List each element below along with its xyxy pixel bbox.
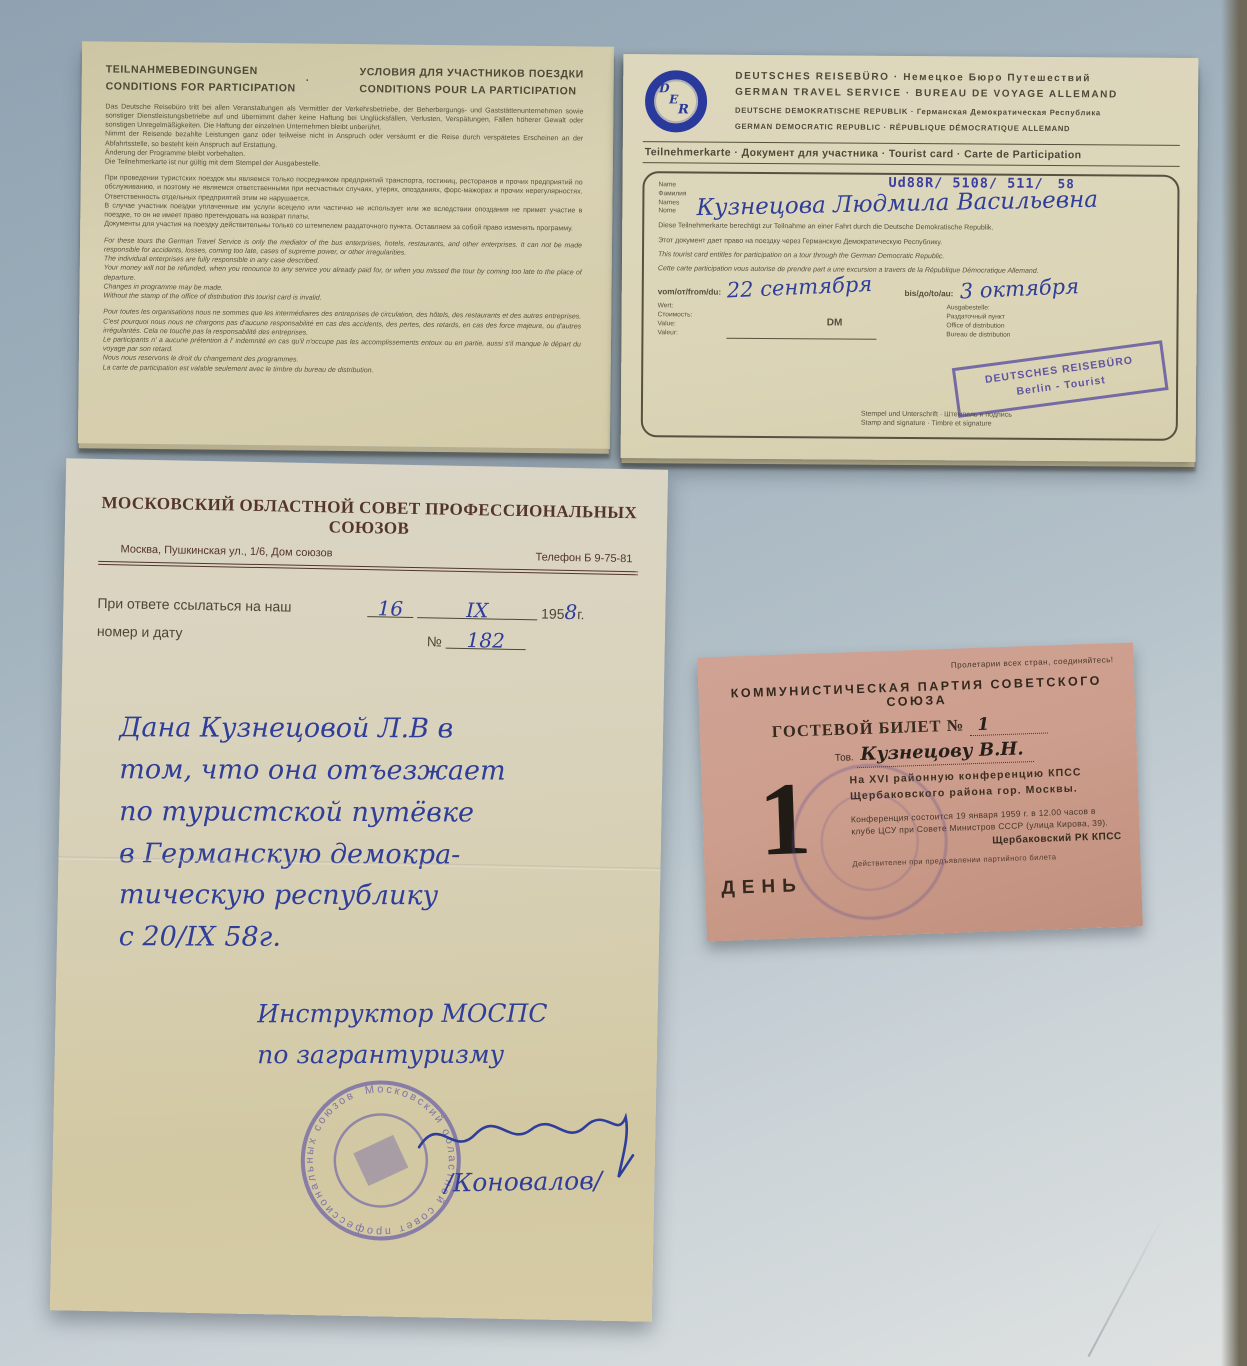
date-to-handwritten: 3 октября — [959, 277, 1079, 301]
letter-address-row: Москва, Пушкинская ул., 1/6, Дом союзов … — [98, 543, 638, 575]
ticket-holder-label: Тов. — [835, 752, 854, 764]
guest-ticket: Пролетарии всех стран, соединяйтесь! КОМ… — [697, 642, 1143, 941]
value-office-row: Wert: Стоимость: Value: Valeur: DM Ausga… — [657, 302, 1162, 341]
ticket-party-name: КОММУНИСТИЧЕСКАЯ ПАРТИЯ СОВЕТСКОГО СОЮЗА — [714, 673, 1119, 715]
conditions-title-en: CONDITIONS FOR PARTICIPATION — [106, 78, 296, 97]
ref-year-printed: 195 — [541, 605, 565, 621]
letter-address: Москва, Пушкинская ул., 1/6, Дом союзов — [120, 543, 332, 559]
conditions-titles: TEILNAHMEBEDINGUNGEN CONDITIONS FOR PART… — [106, 61, 584, 100]
conditions-paragraph-german: Das Deutsche Reisebüro tritt bei allen V… — [105, 102, 584, 172]
table-edge-shadow — [1221, 0, 1247, 1366]
logo-letter-d: D — [659, 81, 670, 95]
photo-of-documents: TEILNAHMEBEDINGUNGEN CONDITIONS FOR PART… — [0, 0, 1247, 1366]
letter-phone: Телефон Б 9-75-81 — [535, 551, 632, 565]
der-travel-service-logo-icon: D E R — [645, 70, 707, 132]
office-field-labels: Ausgabestelle: Раздаточный пункт Office … — [946, 304, 1010, 340]
round-stamp-inner-ring — [819, 791, 920, 892]
role-line: Инструктор МОСПС — [257, 993, 629, 1035]
ticket-title-text: ГОСТЕВОЙ БИЛЕТ № — [771, 715, 964, 741]
value-field-labels: Wert: Стоимость: Value: Valeur: — [657, 302, 692, 338]
conditions-paragraph-english: For these tours the German Travel Servic… — [103, 236, 582, 306]
tourist-card-form: Ud88R/ 5108/ 511/58 Name Фамилия Names N… — [641, 171, 1180, 441]
certificate-letter: МОСКОВСКИЙ ОБЛАСТНОЙ СОВЕТ ПРОФЕССИОНАЛЬ… — [50, 458, 668, 1321]
ref-number-label: № — [427, 633, 442, 649]
date-from-label: vom/от/from/du: — [658, 287, 721, 296]
reference-note: При ответе ссылаться на наш номер и дату — [97, 595, 292, 655]
body-line: в Германскую демокра- — [119, 833, 633, 877]
signature-name-handwritten: /Коновалов/ — [444, 1166, 602, 1197]
background-crease — [1088, 1215, 1165, 1357]
body-line: по туристской путёвке — [119, 791, 633, 835]
reference-note-line-2: номер и дату — [97, 623, 291, 643]
name-field-labels: Name Фамилия Names Nome — [658, 181, 686, 217]
reference-date-line: 16 IX 1958г. — [367, 600, 637, 623]
ref-day-handwritten: 16 — [367, 600, 413, 618]
body-line: тическую республику — [119, 875, 633, 919]
conditions-title-de: TEILNAHMEBEDINGUNGEN — [106, 61, 296, 80]
signer-role-handwritten: Инструктор МОСПС по загрантуризму — [89, 993, 629, 1076]
reference-number-line: № 182 — [367, 630, 637, 653]
body-line: том, что она отъезжает — [119, 749, 633, 793]
perforated-edge — [610, 47, 614, 449]
ticket-holder-handwritten: Кузнецову В.Н. — [856, 738, 1034, 768]
letter-handwritten-body: Дана Кузнецовой Л.В в том, что она отъез… — [93, 707, 634, 960]
header-line-2: GERMAN TRAVEL SERVICE · BUREAU DE VOYAGE… — [735, 84, 1180, 103]
logo-letter-e: E — [669, 92, 678, 106]
value-write-in-line: DM — [726, 317, 876, 340]
reference-values: 16 IX 1958г. № 182 — [366, 600, 637, 661]
conditions-paragraph-french: Pour toutes les organisations nous ne so… — [103, 308, 582, 378]
body-line: с 20/IX 58г. — [119, 916, 633, 960]
titles-left-column: TEILNAHMEBEDINGUNGEN CONDITIONS FOR PART… — [106, 61, 296, 97]
conditions-title-ru: УСЛОВИЯ ДЛЯ УЧАСТНИКОВ ПОЕЗДКИ — [360, 64, 584, 83]
tourist-card-page: D E R DEUTSCHES REISEBÜRO · Немецкое Бюр… — [621, 54, 1199, 462]
date-from-handwritten: 22 сентября — [727, 275, 873, 300]
travel-dates-row: vom/от/from/du: 22 сентября bis/до/to/au… — [658, 278, 1163, 300]
stamp-signature-labels: Stempel und Unterschrift · Штемпель и по… — [861, 410, 1012, 430]
ref-month-handwritten: IX — [417, 601, 537, 620]
ref-number-handwritten: 182 — [446, 632, 526, 651]
issuing-office-stamp: DEUTSCHES REISEBÜRO Berlin - Tourist — [952, 341, 1169, 418]
name-handwritten-value: Кузнецова Людмила Васильевна — [696, 186, 1098, 220]
separator-dot: · — [306, 74, 310, 86]
header-line-3: DEUTSCHE DEMOKRATISCHE REPUBLIK · Герман… — [735, 105, 1180, 119]
date-to-label: bis/до/to/au: — [905, 289, 954, 298]
conditions-page: TEILNAHMEBEDINGUNGEN CONDITIONS FOR PART… — [78, 41, 614, 449]
conditions-paragraph-russian: При проведении туристских поездок мы явл… — [104, 174, 583, 234]
ref-year-handwritten: 8 — [564, 600, 577, 624]
entitlement-german: Diese Teilnehmerkarte berechtigt zur Tei… — [658, 222, 1163, 235]
reference-note-line-1: При ответе ссылаться на наш — [97, 595, 291, 615]
tourist-card-band: Teilnehmerkarte · Документ для участника… — [643, 141, 1180, 167]
header-line-4: GERMAN DEMOCRATIC REPUBLIC · RÉPUBLIQUE … — [735, 121, 1180, 135]
ticket-number-handwritten: 1 — [969, 713, 1048, 737]
entitlement-french: Cette carte participation vous autorise … — [658, 264, 1163, 277]
travel-service-header: DEUTSCHES REISEBÜRO · Немецкое Бюро Путе… — [735, 69, 1180, 136]
entitlement-english: This tourist card entitles for participa… — [658, 250, 1163, 263]
letter-organization-title: МОСКОВСКИЙ ОБЛАСТНОЙ СОВЕТ ПРОФЕССИОНАЛЬ… — [99, 493, 640, 543]
reference-row: При ответе ссылаться на наш номер и дату… — [97, 595, 638, 661]
logo-letter-r: R — [678, 102, 689, 117]
titles-right-column: УСЛОВИЯ ДЛЯ УЧАСТНИКОВ ПОЕЗДКИ CONDITION… — [359, 64, 584, 100]
ref-year-suffix: г. — [577, 606, 585, 622]
body-line: Дана Кузнецовой Л.В в — [119, 707, 633, 751]
conditions-title-fr: CONDITIONS POUR LA PARTICIPATION — [359, 81, 583, 100]
entitlement-russian: Этот документ дает право на поездку чере… — [658, 236, 1163, 249]
